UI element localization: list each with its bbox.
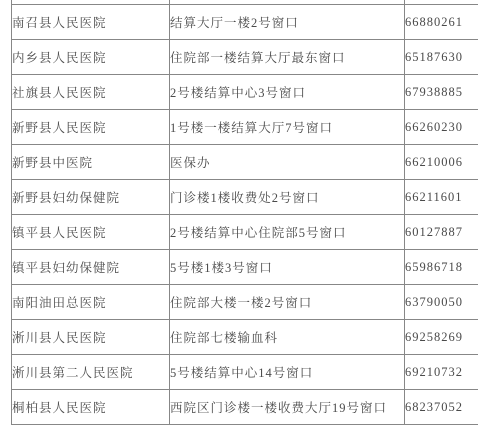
phone-number-cell: 67938885 xyxy=(405,75,478,110)
table-row: 南阳油田总医院住院部大楼一楼2号窗口63790050 xyxy=(12,285,478,320)
window-location-cell: 2号楼结算中心3号窗口 xyxy=(170,75,405,110)
hospital-name-cell: 桐柏县人民医院 xyxy=(12,390,170,425)
hospital-name-cell: 内乡县人民医院 xyxy=(12,40,170,75)
window-location-cell: 住院部七楼输血科 xyxy=(170,320,405,355)
hospital-name-cell: 新野县中医院 xyxy=(12,145,170,180)
window-location-cell: 1号楼一楼结算大厅7号窗口 xyxy=(170,110,405,145)
table-row: 淅川县第二人民医院5号楼结算中心14号窗口69210732 xyxy=(12,355,478,390)
window-location-cell: 西院区门诊楼一楼收费大厅19号窗口 xyxy=(170,390,405,425)
window-location-cell: 住院部一楼结算大厅最东窗口 xyxy=(170,40,405,75)
hospital-name-cell: 镇平县人民医院 xyxy=(12,215,170,250)
phone-number-cell: 69258269 xyxy=(405,320,478,355)
phone-number-cell: 69210732 xyxy=(405,355,478,390)
phone-number-cell: 66880261 xyxy=(405,5,478,40)
window-location-cell: 住院部大楼一楼2号窗口 xyxy=(170,285,405,320)
table-row: 社旗县人民医院2号楼结算中心3号窗口67938885 xyxy=(12,75,478,110)
phone-number-cell: 66211601 xyxy=(405,180,478,215)
table-body: 南召县人民医院结算大厅一楼2号窗口66880261内乡县人民医院住院部一楼结算大… xyxy=(12,0,478,425)
window-location-cell: 门诊楼1楼收费处2号窗口 xyxy=(170,180,405,215)
window-location-cell: 5号楼1楼3号窗口 xyxy=(170,250,405,285)
table-row: 内乡县人民医院住院部一楼结算大厅最东窗口65187630 xyxy=(12,40,478,75)
window-location-cell: 2号楼结算中心住院部5号窗口 xyxy=(170,215,405,250)
phone-number-cell: 66210006 xyxy=(405,145,478,180)
hospital-window-table: 南召县人民医院结算大厅一楼2号窗口66880261内乡县人民医院住院部一楼结算大… xyxy=(11,0,478,425)
phone-number-cell: 60127887 xyxy=(405,215,478,250)
table-row: 镇平县妇幼保健院5号楼1楼3号窗口65986718 xyxy=(12,250,478,285)
hospital-name-cell: 新野县妇幼保健院 xyxy=(12,180,170,215)
hospital-name-cell: 新野县人民医院 xyxy=(12,110,170,145)
hospital-name-cell: 社旗县人民医院 xyxy=(12,75,170,110)
hospital-name-cell: 南阳油田总医院 xyxy=(12,285,170,320)
window-location-cell: 医保办 xyxy=(170,145,405,180)
table-row: 新野县妇幼保健院门诊楼1楼收费处2号窗口66211601 xyxy=(12,180,478,215)
phone-number-cell: 65986718 xyxy=(405,250,478,285)
phone-number-cell: 65187630 xyxy=(405,40,478,75)
document-page: 南召县人民医院结算大厅一楼2号窗口66880261内乡县人民医院住院部一楼结算大… xyxy=(0,0,499,430)
table-row: 南召县人民医院结算大厅一楼2号窗口66880261 xyxy=(12,5,478,40)
table-row: 新野县中医院医保办66210006 xyxy=(12,145,478,180)
window-location-cell: 结算大厅一楼2号窗口 xyxy=(170,5,405,40)
hospital-name-cell: 淅川县人民医院 xyxy=(12,320,170,355)
hospital-name-cell: 镇平县妇幼保健院 xyxy=(12,250,170,285)
table-row: 桐柏县人民医院西院区门诊楼一楼收费大厅19号窗口68237052 xyxy=(12,390,478,425)
table-row: 镇平县人民医院2号楼结算中心住院部5号窗口60127887 xyxy=(12,215,478,250)
phone-number-cell: 66260230 xyxy=(405,110,478,145)
window-location-cell: 5号楼结算中心14号窗口 xyxy=(170,355,405,390)
table-row: 新野县人民医院1号楼一楼结算大厅7号窗口66260230 xyxy=(12,110,478,145)
phone-number-cell: 63790050 xyxy=(405,285,478,320)
hospital-name-cell: 淅川县第二人民医院 xyxy=(12,355,170,390)
phone-number-cell: 68237052 xyxy=(405,390,478,425)
table-row: 淅川县人民医院住院部七楼输血科69258269 xyxy=(12,320,478,355)
hospital-name-cell: 南召县人民医院 xyxy=(12,5,170,40)
